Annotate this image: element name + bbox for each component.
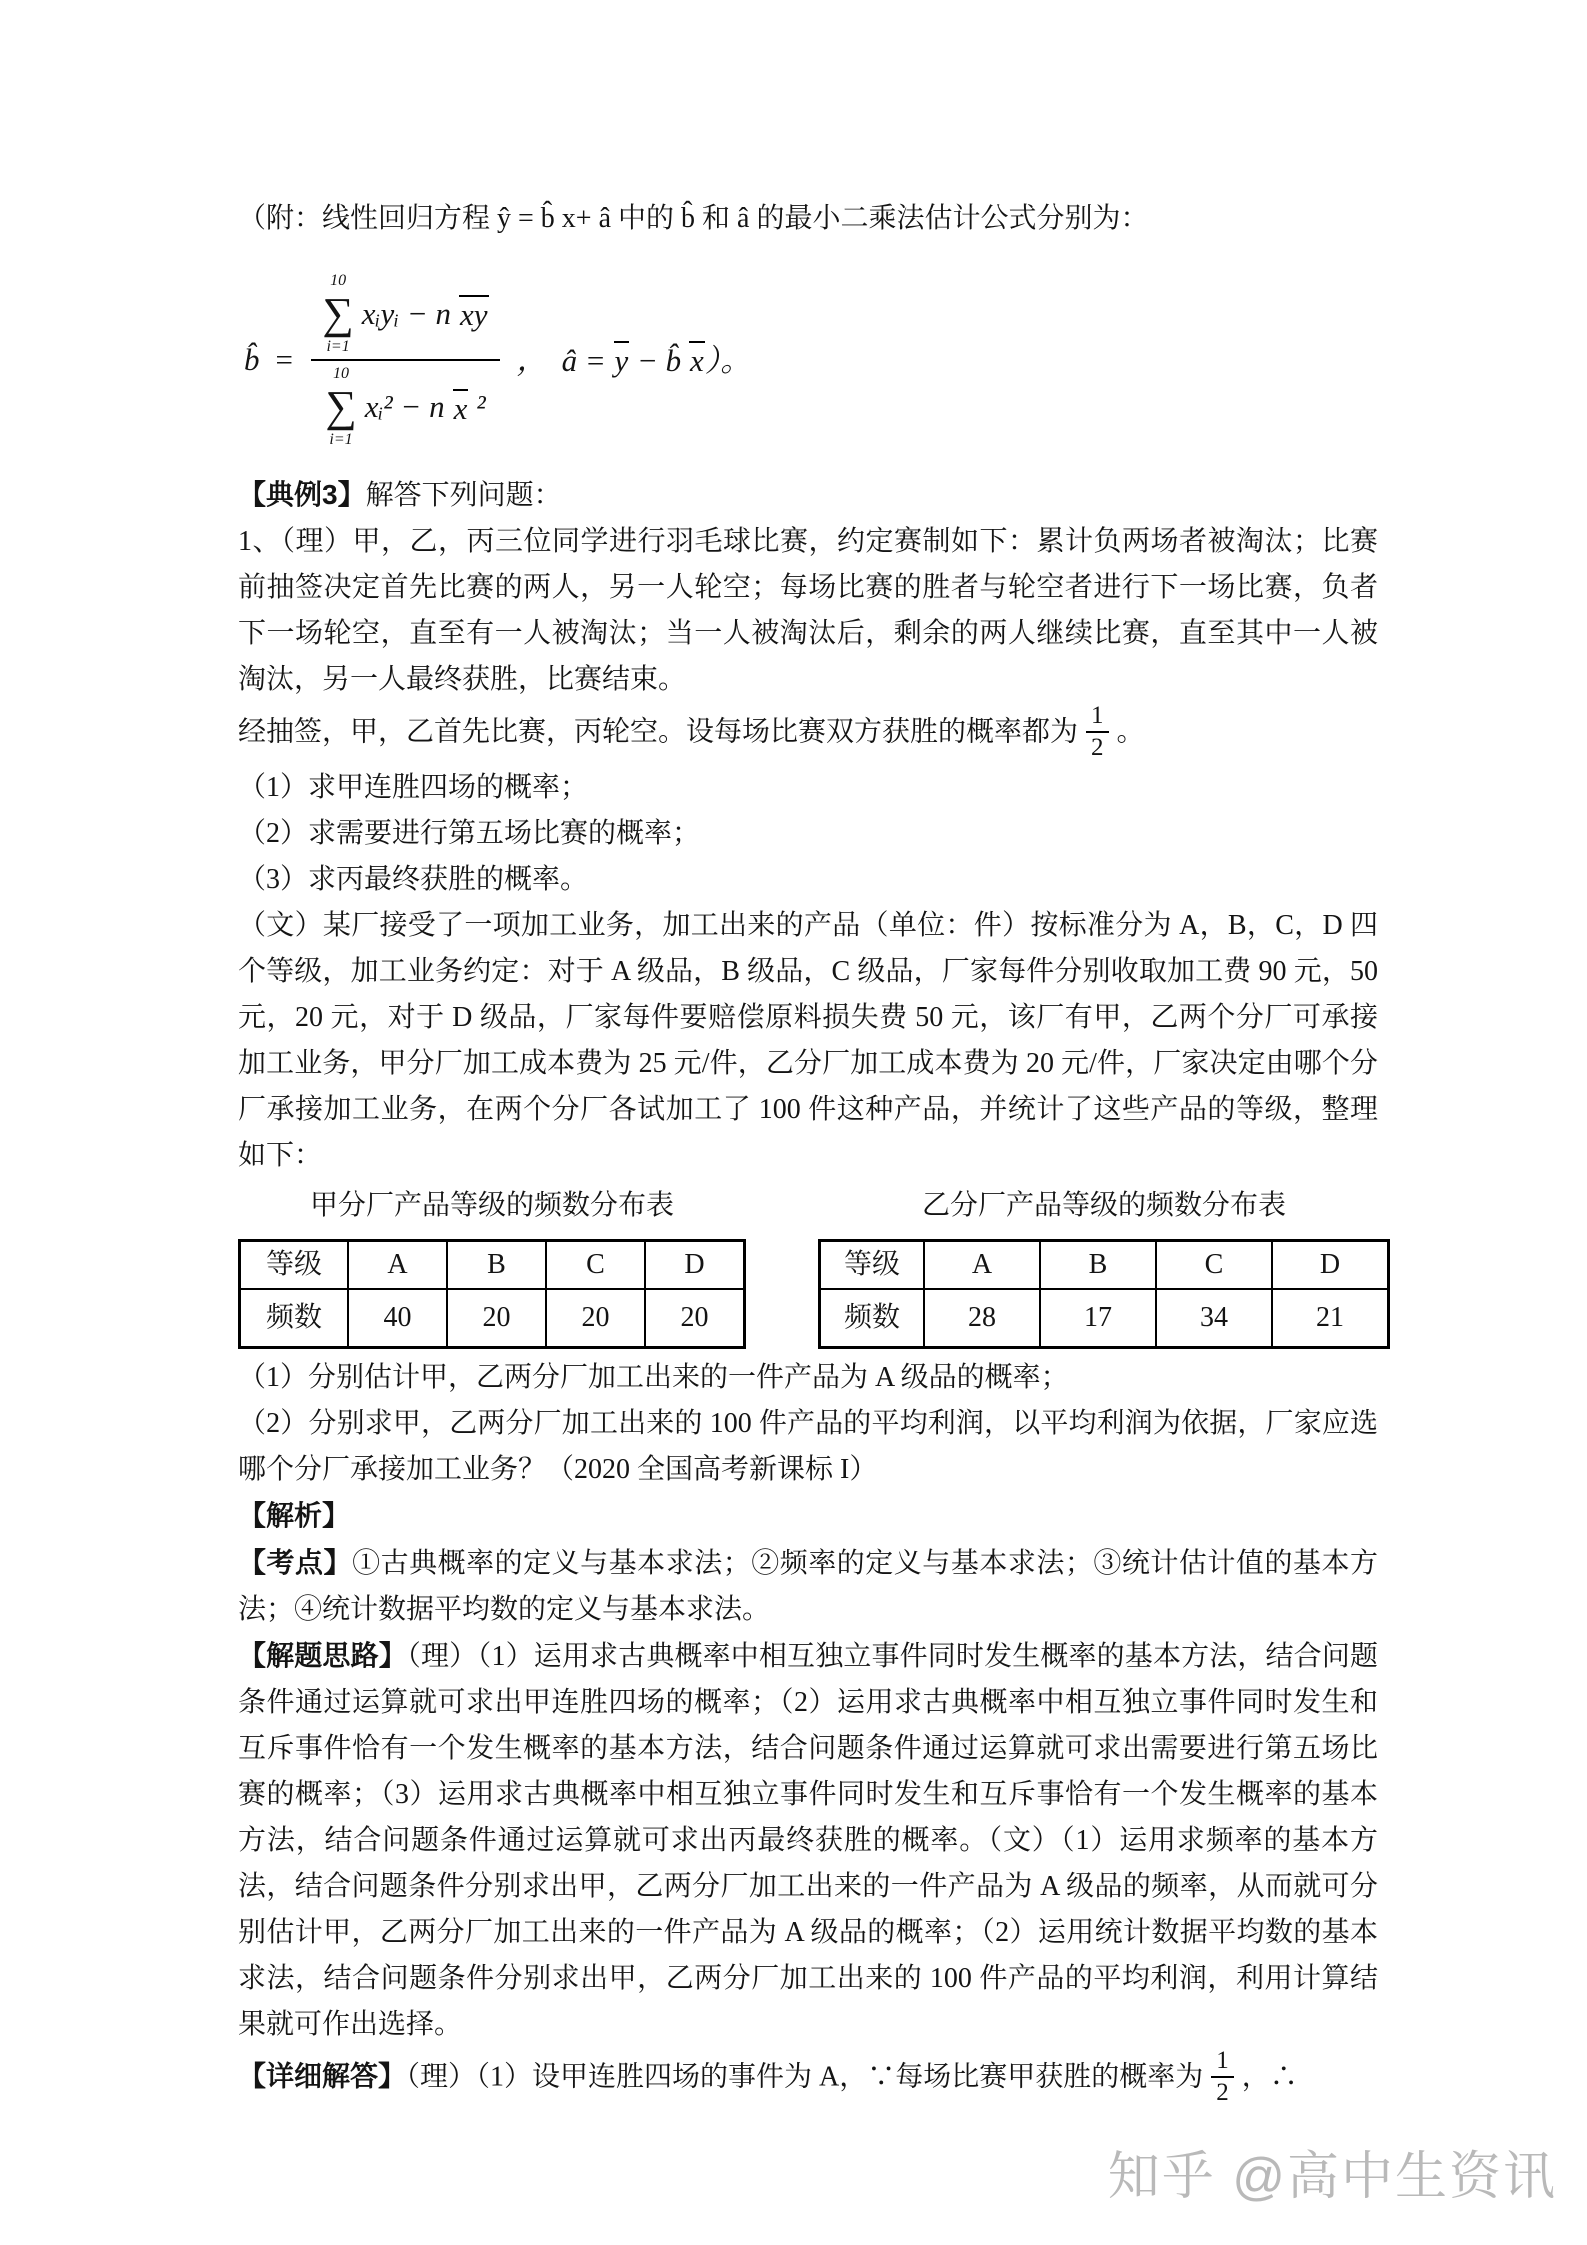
analysis-heading: 【解析】 — [238, 1493, 1378, 1540]
one-half-fraction: 12 — [1086, 701, 1109, 763]
denominator-expression: xᵢ² − n — [365, 389, 445, 425]
table-row: 频数 28 17 34 21 — [820, 1289, 1389, 1348]
grade-c: C — [1156, 1241, 1272, 1290]
grade-d: D — [1272, 1241, 1389, 1290]
freq-d: 21 — [1272, 1289, 1389, 1348]
table-jia-caption: 甲分厂产品等级的频数分布表 — [238, 1183, 746, 1229]
sum-lower-limit: i=1 — [329, 431, 352, 449]
freq-b: 20 — [447, 1289, 546, 1348]
document-page: （附：线性回归方程 ŷ = b̂ x+ â 中的 b̂ 和 â 的最小二乘法估计… — [0, 0, 1587, 2245]
knowledge-points-text: ①古典概率的定义与基本求法；②频率的定义与基本求法；③统计估计值的基本方法；④统… — [238, 1548, 1378, 1625]
example-3-label: 【典例3】 — [238, 479, 366, 510]
problem-li-paragraph: 1、（理）甲，乙，丙三位同学进行羽毛球比赛，约定赛制如下：累计负两场者被淘汰；比… — [238, 519, 1378, 703]
sum-upper-limit: 10 — [330, 272, 346, 290]
detailed-answer-text: （理）（1）设甲连胜四场的事件为 A，∵每场比赛甲获胜的概率为 — [406, 2062, 1203, 2093]
question-wen-2: （2）分别求甲，乙两分厂加工出来的 100 件产品的平均利润，以平均利润为依据，… — [238, 1401, 1378, 1493]
sum-upper-limit: 10 — [333, 365, 349, 383]
denominator-square: ² — [476, 389, 485, 425]
a-hat-mid: − b̂ — [629, 343, 689, 378]
table-yi-wrap: 乙分厂产品等级的频数分布表 等级 A B C D 频数 28 17 34 2 — [818, 1183, 1390, 1349]
y-bar: y — [614, 341, 630, 378]
numerator-xy-bar: xy — [459, 295, 489, 332]
solution-idea-text: （理）（1）运用求古典概率中相互独立事件同时发生概率的基本方法，结合问题条件通过… — [238, 1641, 1378, 2040]
problem-wen-paragraph: （文）某厂接受了一项加工业务，加工出来的产品（单位：件）按标准分为 A，B，C，… — [238, 903, 1378, 1179]
table-yi: 等级 A B C D 频数 28 17 34 21 — [818, 1239, 1390, 1349]
detailed-answer-line: 【详细解答】（理）（1）设甲连胜四场的事件为 A，∵每场比赛甲获胜的概率为12，… — [238, 2048, 1378, 2110]
draw-line-period: 。 — [1117, 717, 1145, 748]
frequency-tables-row: 甲分厂产品等级的频数分布表 等级 A B C D 频数 40 20 20 2 — [238, 1183, 1390, 1349]
analysis-label: 【解析】 — [238, 1500, 350, 1531]
grade-b: B — [1040, 1241, 1156, 1290]
fraction-num: 1 — [1216, 2046, 1229, 2076]
question-li-2: （2）求需要进行第五场比赛的概率； — [238, 811, 1378, 857]
freq-header: 频数 — [820, 1289, 925, 1348]
table-row: 频数 40 20 20 20 — [240, 1289, 745, 1348]
freq-a: 40 — [348, 1289, 447, 1348]
freq-c: 34 — [1156, 1289, 1272, 1348]
formula-close: ）。 — [705, 343, 752, 378]
fraction-denominator: 10 ∑ i=1 xᵢ² − n x ² — [311, 359, 499, 452]
freq-c: 20 — [546, 1289, 645, 1348]
a-hat-lhs: â = — [562, 343, 614, 378]
fraction-numerator: 10 ∑ i=1 xᵢyᵢ − n xy — [308, 268, 502, 359]
grade-d: D — [645, 1241, 745, 1290]
question-wen-1: （1）分别估计甲，乙两分厂加工出来的一件产品为 A 级品的概率； — [238, 1355, 1378, 1401]
numerator-expression: xᵢyᵢ − n — [362, 296, 451, 332]
solution-idea-paragraph: 【解题思路】（理）（1）运用求古典概率中相互独立事件同时发生概率的基本方法，结合… — [238, 1633, 1378, 2048]
fraction-den: 2 — [1086, 731, 1109, 763]
equals-sign: = — [274, 342, 295, 378]
solution-idea-label: 【解题思路】 — [238, 1640, 407, 1671]
example-3-heading: 【典例3】解答下列问题： — [238, 472, 1378, 519]
b-hat-lhs: b̂ — [244, 342, 260, 378]
knowledge-points-label: 【考点】 — [238, 1547, 352, 1578]
grade-a: A — [348, 1241, 447, 1290]
table-row: 等级 A B C D — [820, 1241, 1389, 1290]
detailed-answer-label: 【详细解答】 — [238, 2061, 406, 2092]
table-row: 等级 A B C D — [240, 1241, 745, 1290]
grade-b: B — [447, 1241, 546, 1290]
freq-d: 20 — [645, 1289, 745, 1348]
sum-symbol-numerator: 10 ∑ i=1 — [322, 272, 353, 355]
sigma-glyph: ∑ — [325, 383, 356, 431]
example-3-title: 解答下列问题： — [366, 480, 562, 511]
freq-header: 频数 — [240, 1289, 349, 1348]
denominator-x-bar: x — [453, 389, 469, 426]
grade-header: 等级 — [820, 1241, 925, 1290]
fraction-den: 2 — [1211, 2076, 1234, 2108]
table-jia: 等级 A B C D 频数 40 20 20 20 — [238, 1239, 746, 1349]
x-bar: x — [689, 341, 705, 378]
grade-header: 等级 — [240, 1241, 349, 1290]
sigma-glyph: ∑ — [322, 290, 353, 338]
grade-c: C — [546, 1241, 645, 1290]
document-content: （附：线性回归方程 ŷ = b̂ x+ â 中的 b̂ 和 â 的最小二乘法估计… — [238, 196, 1378, 2110]
draw-probability-line: 经抽签，甲，乙首先比赛，丙轮空。设每场比赛双方获胜的概率都为12。 — [238, 703, 1378, 765]
formula-comma: ， — [517, 342, 548, 378]
freq-a: 28 — [924, 1289, 1040, 1348]
detailed-answer-therefore: ，∴ — [1242, 2062, 1298, 2093]
draw-line-text: 经抽签，甲，乙首先比赛，丙轮空。设每场比赛双方获胜的概率都为 — [238, 717, 1078, 748]
freq-b: 17 — [1040, 1289, 1156, 1348]
question-li-3: （3）求丙最终获胜的概率。 — [238, 857, 1378, 903]
b-hat-fraction: 10 ∑ i=1 xᵢyᵢ − n xy 10 ∑ i=1 xᵢ² − n x — [308, 268, 502, 452]
table-yi-caption: 乙分厂产品等级的频数分布表 — [818, 1183, 1390, 1229]
question-li-1: （1）求甲连胜四场的概率； — [238, 765, 1378, 811]
least-squares-formula: b̂ = 10 ∑ i=1 xᵢyᵢ − n xy 10 ∑ i=1 — [244, 268, 1378, 452]
table-jia-wrap: 甲分厂产品等级的频数分布表 等级 A B C D 频数 40 20 20 2 — [238, 1183, 746, 1349]
a-hat-equation: â = y − b̂ x）。 — [562, 341, 752, 379]
sum-lower-limit: i=1 — [326, 338, 349, 356]
regression-note-line: （附：线性回归方程 ŷ = b̂ x+ â 中的 b̂ 和 â 的最小二乘法估计… — [238, 196, 1378, 242]
grade-a: A — [924, 1241, 1040, 1290]
zhihu-watermark: 知乎 @高中生资讯 — [1108, 2134, 1557, 2209]
one-half-fraction: 12 — [1211, 2046, 1234, 2108]
sum-symbol-denominator: 10 ∑ i=1 — [325, 365, 356, 448]
knowledge-points-paragraph: 【考点】①古典概率的定义与基本求法；②频率的定义与基本求法；③统计估计值的基本方… — [238, 1540, 1378, 1633]
fraction-num: 1 — [1091, 701, 1104, 731]
